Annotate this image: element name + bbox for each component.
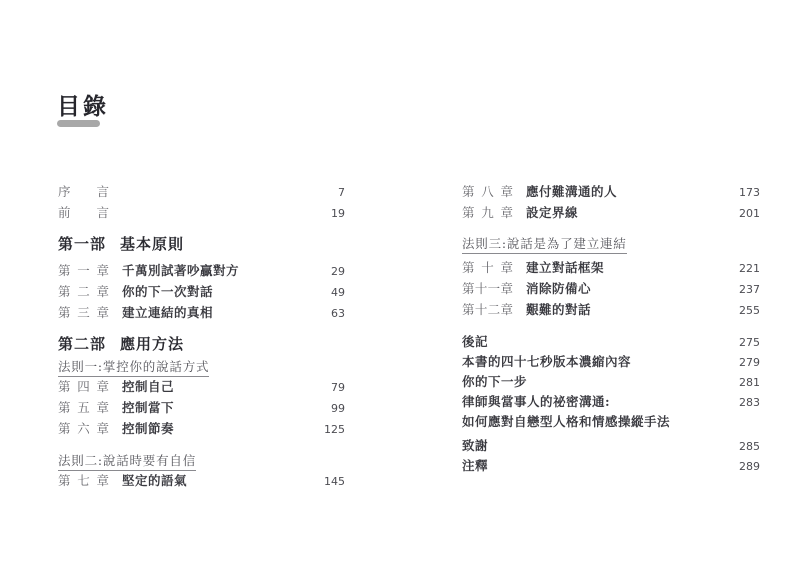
page-number: 289 — [739, 460, 760, 473]
part-title: 基本原則 — [120, 233, 184, 254]
page-number: 279 — [739, 356, 760, 369]
chapter-title: 你的下一次對話 — [122, 282, 213, 300]
toc-entry-ch12: 第十二章 艱難的對話 255 — [462, 300, 760, 321]
chapter-number: 第四章 — [58, 377, 109, 395]
chapter-title: 建立對話框架 — [526, 258, 604, 276]
chapter-number: 第一章 — [58, 261, 109, 279]
page-title: 目錄 — [57, 88, 109, 121]
page-number: 29 — [331, 265, 345, 278]
page-number: 173 — [739, 186, 760, 199]
chapter-title: 控制自己 — [122, 377, 174, 395]
toc-entry-condensed-version: 本書的四十七秒版本濃縮內容 279 — [462, 352, 760, 372]
chapter-number: 第十章 — [462, 258, 513, 276]
entry-title: 如何應對自戀型人格和情感操縱手法 — [462, 412, 670, 430]
chapter-title: 設定界線 — [526, 203, 578, 221]
chapter-title: 消除防備心 — [526, 279, 591, 297]
page-number: 49 — [331, 286, 345, 299]
chapter-number: 第二章 — [58, 282, 109, 300]
chapter-number: 第八章 — [462, 182, 513, 200]
entry-title: 本書的四十七秒版本濃縮內容 — [462, 352, 631, 370]
part-header-1: 第一部 基本原則 — [58, 233, 345, 255]
toc-entry-ch3: 第三章 建立連結的真相 63 — [58, 303, 345, 324]
entry-title: 注釋 — [462, 456, 488, 474]
chapter-title: 建立連結的真相 — [122, 303, 213, 321]
toc-entry-ch7: 第七章 堅定的語氣 145 — [58, 471, 345, 492]
entry-title: 你的下一步 — [462, 372, 527, 390]
toc-entry-acknowledgements: 致謝 285 — [462, 436, 760, 456]
chapter-number: 第十一章 — [462, 279, 513, 297]
toc-column-right: 第八章 應付難溝通的人 173 第九章 設定界線 201 法則三:說話是為了建立… — [462, 182, 760, 476]
page-number: 79 — [331, 381, 345, 394]
toc-entry-ch8: 第八章 應付難溝通的人 173 — [462, 182, 760, 203]
entry-title: 律師與當事人的祕密溝通: — [462, 392, 610, 410]
page-number: 281 — [739, 376, 760, 389]
toc-column-left: 序言 7 前言 19 第一部 基本原則 第一章 千萬別試著吵贏對方 29 第二章… — [58, 182, 345, 492]
chapter-title: 控制當下 — [122, 398, 174, 416]
chapter-number: 第三章 — [58, 303, 109, 321]
toc-entry-ch1: 第一章 千萬別試著吵贏對方 29 — [58, 261, 345, 282]
part-title: 應用方法 — [120, 333, 184, 354]
chapter-title: 千萬別試著吵贏對方 — [122, 261, 239, 279]
entry-title: 後記 — [462, 332, 488, 350]
rule-header-1: 法則一:掌控你的說話方式 — [58, 357, 345, 377]
page-number: 7 — [338, 186, 345, 199]
chapter-title: 應付難溝通的人 — [526, 182, 617, 200]
toc-entry-ch9: 第九章 設定界線 201 — [462, 203, 760, 224]
page-number: 19 — [331, 207, 345, 220]
page-number: 145 — [324, 475, 345, 488]
chapter-number: 第五章 — [58, 398, 109, 416]
rule-title: 法則二:說話時要有自信 — [58, 453, 196, 471]
page-number: 283 — [739, 396, 760, 409]
chapter-title: 艱難的對話 — [526, 300, 591, 318]
rule-header-2: 法則二:說話時要有自信 — [58, 451, 345, 471]
toc-entry-afterword: 後記 275 — [462, 332, 760, 352]
chapter-title: 控制節奏 — [122, 419, 174, 437]
part-number: 第二部 — [58, 333, 106, 354]
page-number: 285 — [739, 440, 760, 453]
toc-entry-ch11: 第十一章 消除防備心 237 — [462, 279, 760, 300]
page-number: 201 — [739, 207, 760, 220]
entry-label: 序言 — [58, 182, 109, 200]
part-number: 第一部 — [58, 233, 106, 254]
page-number: 125 — [324, 423, 345, 436]
entry-title: 致謝 — [462, 436, 488, 454]
toc-entry-lawyer-communication-line2: 如何應對自戀型人格和情感操縱手法 — [462, 412, 760, 432]
page-number: 63 — [331, 307, 345, 320]
toc-entry-ch4: 第四章 控制自己 79 — [58, 377, 345, 398]
toc-entry-lawyer-communication-line1: 律師與當事人的祕密溝通: 283 — [462, 392, 760, 412]
page-number: 221 — [739, 262, 760, 275]
chapter-number: 第六章 — [58, 419, 109, 437]
rule-title: 法則一:掌控你的說話方式 — [58, 359, 209, 377]
toc-entry-ch10: 第十章 建立對話框架 221 — [462, 258, 760, 279]
chapter-number: 第九章 — [462, 203, 513, 221]
page-number: 99 — [331, 402, 345, 415]
chapter-number: 第七章 — [58, 471, 109, 489]
chapter-title: 堅定的語氣 — [122, 471, 187, 489]
toc-entry-ch6: 第六章 控制節奏 125 — [58, 419, 345, 440]
rule-title: 法則三:說話是為了建立連結 — [462, 236, 627, 254]
chapter-number: 第十二章 — [462, 300, 513, 318]
toc-page: 目錄 序言 7 前言 19 第一部 基本原則 第一章 千萬別試著吵贏對方 29 … — [0, 0, 800, 565]
rule-header-3: 法則三:說話是為了建立連結 — [462, 234, 760, 254]
toc-entry-next-step: 你的下一步 281 — [462, 372, 760, 392]
toc-entry-foreword: 前言 19 — [58, 203, 345, 224]
toc-entry-notes: 注釋 289 — [462, 456, 760, 476]
part-header-2: 第二部 應用方法 — [58, 333, 345, 355]
toc-entry-preface: 序言 7 — [58, 182, 345, 203]
page-number: 275 — [739, 336, 760, 349]
title-underline-bar — [57, 120, 100, 127]
entry-label: 前言 — [58, 203, 109, 221]
page-number: 237 — [739, 283, 760, 296]
toc-entry-ch2: 第二章 你的下一次對話 49 — [58, 282, 345, 303]
page-number: 255 — [739, 304, 760, 317]
toc-entry-ch5: 第五章 控制當下 99 — [58, 398, 345, 419]
